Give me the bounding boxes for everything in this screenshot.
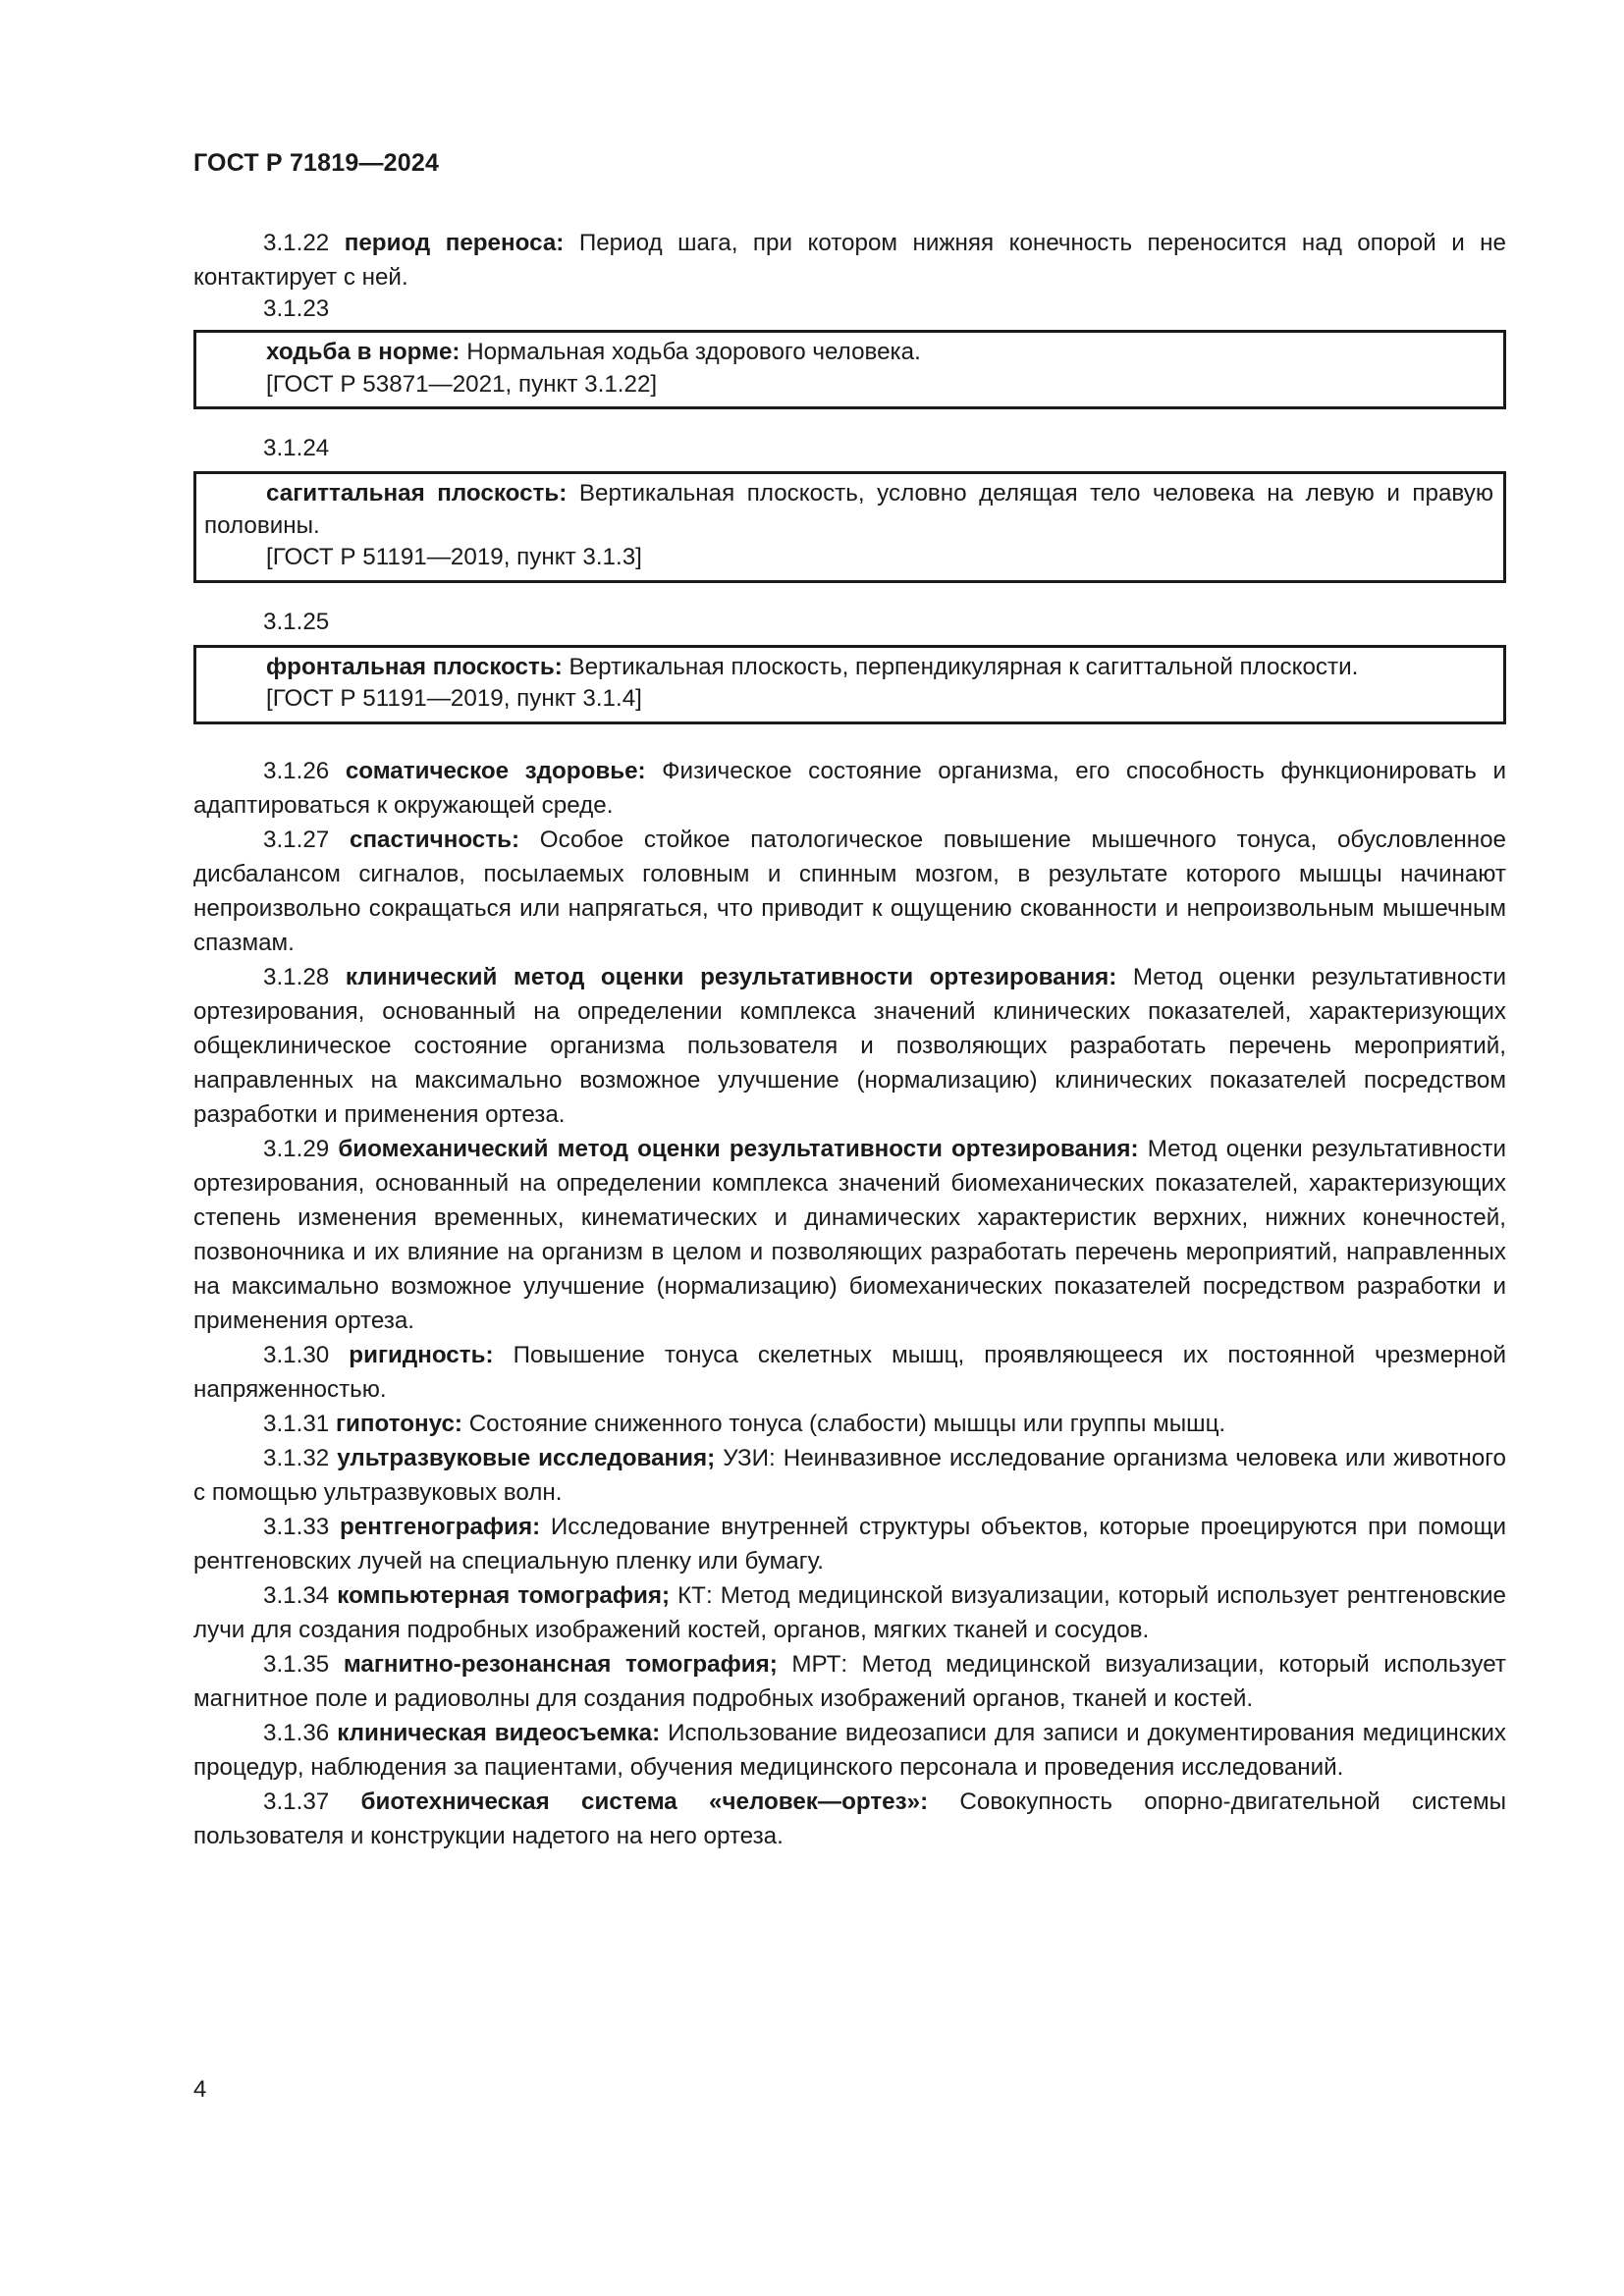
term-name: ультразвуковые исследования; — [337, 1445, 715, 1471]
term-entry: 3.1.32 ультразвуковые исследования; УЗИ:… — [193, 1441, 1506, 1510]
entry-number: 3.1.28 — [263, 964, 329, 990]
entry-number: 3.1.35 — [263, 1651, 329, 1678]
entry-number: 3.1.27 — [263, 827, 329, 853]
term-name: биомеханический метод оценки результатив… — [338, 1136, 1138, 1162]
term-name: рентгенография: — [340, 1514, 540, 1540]
page-number: 4 — [193, 2076, 206, 2104]
entry-number: 3.1.36 — [263, 1720, 329, 1746]
entry-number: 3.1.29 — [263, 1136, 329, 1162]
term-name: ригидность: — [349, 1342, 493, 1368]
entry-number: 3.1.25 — [193, 605, 1506, 639]
term-entry: 3.1.26 соматическое здоровье: Физическое… — [193, 754, 1506, 823]
term-name: биотехническая система «человек—ортез»: — [361, 1789, 929, 1815]
term-entry: 3.1.34 компьютерная томография; КТ: Мето… — [193, 1578, 1506, 1647]
entry-number: 3.1.33 — [263, 1514, 329, 1540]
term-entry: 3.1.30 ригидность: Повышение тонуса скел… — [193, 1338, 1506, 1407]
term-entry: 3.1.31 гипотонус: Состояние сниженного т… — [193, 1407, 1506, 1441]
referenced-term-box: фронтальная плоскость: Вертикальная плос… — [193, 645, 1506, 724]
term-entry: 3.1.36 клиническая видеосъемка: Использо… — [193, 1716, 1506, 1785]
entry-number: 3.1.23 — [193, 294, 1506, 324]
term-entry: 3.1.35 магнитно-резонансная томография; … — [193, 1647, 1506, 1716]
term-name: клиническая видеосъемка: — [337, 1720, 660, 1746]
term-definition: Нормальная ходьба здорового человека. — [460, 339, 920, 365]
term-source-reference: [ГОСТ Р 51191—2019, пункт 3.1.3] — [204, 542, 1493, 574]
term-entry: 3.1.28 клинический метод оценки результа… — [193, 960, 1506, 1132]
term-entry: 3.1.27 спастичность: Особое стойкое пато… — [193, 823, 1506, 960]
entry-number: 3.1.32 — [263, 1445, 329, 1471]
term-name: ходьба в норме: — [266, 339, 460, 365]
term-name: период переноса: — [345, 230, 565, 256]
term-name: гипотонус: — [336, 1411, 462, 1437]
term-entry: 3.1.29 биомеханический метод оценки резу… — [193, 1132, 1506, 1338]
term-name: клинический метод оценки результативност… — [346, 964, 1116, 990]
entry-number: 3.1.37 — [263, 1789, 329, 1815]
term-source-reference: [ГОСТ Р 51191—2019, пункт 3.1.4] — [204, 683, 1493, 716]
referenced-term-box: сагиттальная плоскость: Вертикальная пло… — [193, 471, 1506, 583]
term-entry: 3.1.22 период переноса: Период шага, при… — [193, 226, 1506, 294]
terms-section: 3.1.22 период переноса: Период шага, при… — [193, 226, 1506, 1853]
term-name: сагиттальная плоскость: — [266, 480, 567, 507]
term-name: соматическое здоровье: — [346, 758, 646, 784]
term-name: спастичность: — [350, 827, 519, 853]
entry-number: 3.1.31 — [263, 1411, 329, 1437]
entry-number: 3.1.24 — [193, 431, 1506, 465]
document-header: ГОСТ Р 71819—2024 — [193, 149, 439, 178]
referenced-term-box: ходьба в норме: Нормальная ходьба здоров… — [193, 330, 1506, 409]
term-name: магнитно-резонансная томография; — [344, 1651, 778, 1678]
entry-number: 3.1.26 — [263, 758, 329, 784]
term-name: фронтальная плоскость: — [266, 654, 563, 680]
term-entry: сагиттальная плоскость: Вертикальная пло… — [204, 478, 1493, 542]
term-source-reference: [ГОСТ Р 53871—2021, пункт 3.1.22] — [204, 369, 1493, 401]
term-entry: 3.1.33 рентгенография: Исследование внут… — [193, 1510, 1506, 1578]
term-definition: Вертикальная плоскость, перпендикулярная… — [563, 654, 1359, 680]
term-entry: ходьба в норме: Нормальная ходьба здоров… — [204, 337, 1493, 369]
term-entry: фронтальная плоскость: Вертикальная плос… — [204, 652, 1493, 684]
term-definition: Метод оценки результативности ортезирова… — [193, 1136, 1506, 1334]
term-entry: 3.1.37 биотехническая система «человек—о… — [193, 1785, 1506, 1853]
entry-number: 3.1.22 — [263, 230, 329, 256]
entry-number: 3.1.30 — [263, 1342, 329, 1368]
entry-number: 3.1.34 — [263, 1582, 329, 1609]
term-definition: Состояние сниженного тонуса (слабости) м… — [462, 1411, 1225, 1437]
term-name: компьютерная томография; — [337, 1582, 670, 1609]
